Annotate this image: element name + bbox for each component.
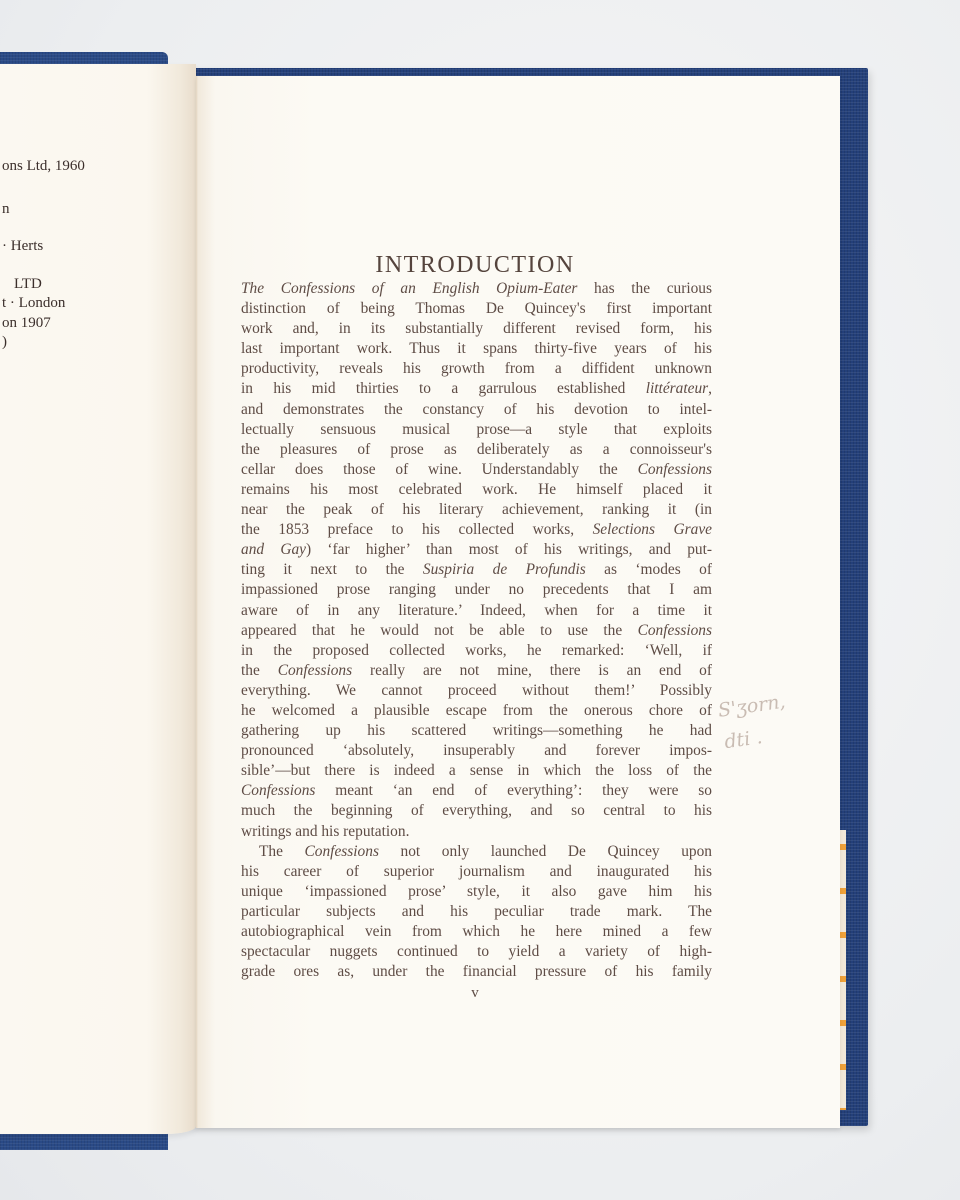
text-line: everything. We cannot proceed without th… [241, 681, 712, 701]
text-line: near the peak of his literary achievemen… [241, 500, 712, 520]
italic-title: Suspiria de Profundis [423, 561, 586, 578]
text-run: and demonstrates the constancy of his de… [241, 401, 712, 418]
text-line: his career of superior journalism and in… [241, 862, 712, 882]
italic-title: Confessions [305, 843, 379, 860]
text-line: and demonstrates the constancy of his de… [241, 400, 712, 420]
text-run: really are not mine, there is an end of [352, 662, 712, 679]
text-line: unique ‘impassioned prose’ style, it als… [241, 882, 712, 902]
text-run: gathering up his scattered writings—some… [241, 722, 712, 739]
text-run: near the peak of his literary achievemen… [241, 501, 712, 518]
chapter-heading: INTRODUCTION [240, 252, 710, 279]
text-line: remains his most celebrated work. He him… [241, 480, 712, 500]
text-run: in his mid thirties to a garrulous estab… [241, 380, 646, 397]
text-run: has the curious [577, 280, 712, 297]
text-line: appeared that he would not be able to us… [241, 621, 712, 641]
imprint-line: ) [2, 334, 7, 351]
imprint-line: n [2, 201, 10, 218]
text-run: not only launched De Quincey upon [379, 843, 712, 860]
italic-title: Selections Grave [593, 521, 712, 538]
text-line: productivity, reveals his growth from a … [241, 359, 712, 379]
text-run: pronounced ‘absolutely, insuperably and … [241, 742, 712, 759]
text-run: as ‘modes of [586, 561, 712, 578]
text-run: , [708, 380, 712, 397]
text-run: particular subjects and his peculiar tra… [241, 903, 712, 920]
imprint-line: ons Ltd, 1960 [2, 158, 85, 175]
text-line: grade ores as, under the financial press… [241, 962, 712, 982]
text-line: autobiographical vein from which he here… [241, 922, 712, 942]
text-run: the 1853 preface to his collected works, [241, 521, 593, 538]
text-line: ting it next to the Suspiria de Profundi… [241, 560, 712, 580]
text-run: aware of in any literature.’ Indeed, whe… [241, 602, 712, 619]
text-run: cellar does those of wine. Understandabl… [241, 461, 638, 478]
pencil-annotation: S'ʒorn, dti . [716, 686, 792, 759]
text-run: productivity, reveals his growth from a … [241, 360, 712, 377]
italic-title: Confessions [638, 461, 712, 478]
text-run: remains his most celebrated work. He him… [241, 481, 712, 498]
text-run: autobiographical vein from which he here… [241, 923, 712, 940]
text-run: ) ‘far higher’ than most of his writings… [306, 541, 712, 558]
text-line: particular subjects and his peculiar tra… [241, 902, 712, 922]
text-run: everything. We cannot proceed without th… [241, 682, 712, 699]
text-line: pronounced ‘absolutely, insuperably and … [241, 741, 712, 761]
text-run: impassioned prose ranging under no prece… [241, 581, 712, 598]
text-run: work and, in its substantially different… [241, 320, 712, 337]
text-run: the [241, 662, 278, 679]
imprint-line: LTD [14, 276, 42, 293]
text-line: sible’—but there is indeed a sense in wh… [241, 761, 712, 781]
text-run: his career of superior journalism and in… [241, 863, 712, 880]
italic-title: Confessions [278, 662, 352, 679]
page-number: v [460, 985, 490, 1002]
italic-title: Confessions [241, 782, 315, 799]
text-line: he welcomed a plausible escape from the … [241, 701, 712, 721]
text-line: lectually sensuous musical prose—a style… [241, 420, 712, 440]
text-line: The Confessions of an English Opium-Eate… [241, 279, 712, 299]
introduction-body: The Confessions of an English Opium-Eate… [241, 279, 712, 982]
text-run: he welcomed a plausible escape from the … [241, 702, 712, 719]
text-line: gathering up his scattered writings—some… [241, 721, 712, 741]
imprint-line: on 1907 [2, 315, 51, 332]
text-line: work and, in its substantially different… [241, 319, 712, 339]
italic-title: Confessions [638, 622, 712, 639]
annotation-line: S'ʒorn, [717, 691, 787, 722]
text-run: unique ‘impassioned prose’ style, it als… [241, 883, 712, 900]
text-line: distinction of being Thomas De Quincey's… [241, 299, 712, 319]
text-run: sible’—but there is indeed a sense in wh… [241, 762, 712, 779]
italic-title: The Confessions of an English Opium-Eate… [241, 280, 577, 297]
italic-title: and Gay [241, 541, 306, 558]
text-line: writings and his reputation. [241, 822, 712, 842]
italic-title: littérateur [646, 380, 708, 397]
text-line: in the proposed collected works, he rema… [241, 641, 712, 661]
text-run: in the proposed collected works, he rema… [241, 642, 712, 659]
text-run: the pleasures of prose as deliberately a… [241, 441, 712, 458]
text-run: meant ‘an end of everything’: they were … [315, 782, 712, 799]
text-line: aware of in any literature.’ Indeed, whe… [241, 601, 712, 621]
text-line: last important work. Thus it spans thirt… [241, 339, 712, 359]
text-run: ting it next to the [241, 561, 423, 578]
imprint-line: · Herts [2, 238, 43, 255]
imprint-line: t · London [2, 295, 65, 312]
left-page [0, 64, 196, 1134]
text-line: much the beginning of everything, and so… [241, 801, 712, 821]
text-line: in his mid thirties to a garrulous estab… [241, 379, 712, 399]
text-run: writings and his reputation. [241, 823, 409, 840]
text-line: the pleasures of prose as deliberately a… [241, 440, 712, 460]
text-run: last important work. Thus it spans thirt… [241, 340, 712, 357]
text-line: Confessions meant ‘an end of everything’… [241, 781, 712, 801]
text-run: distinction of being Thomas De Quincey's… [241, 300, 712, 317]
text-run: lectually sensuous musical prose—a style… [241, 421, 712, 438]
text-run: spectacular nuggets continued to yield a… [241, 943, 712, 960]
book-gutter [196, 76, 198, 1128]
text-line: the Confessions really are not mine, the… [241, 661, 712, 681]
text-run: grade ores as, under the financial press… [241, 963, 712, 980]
text-line: the 1853 preface to his collected works,… [241, 520, 712, 540]
text-line: cellar does those of wine. Understandabl… [241, 460, 712, 480]
text-line: impassioned prose ranging under no prece… [241, 580, 712, 600]
text-line: The Confessions not only launched De Qui… [241, 842, 712, 862]
text-run: The [259, 843, 305, 860]
text-line: spectacular nuggets continued to yield a… [241, 942, 712, 962]
text-run: appeared that he would not be able to us… [241, 622, 638, 639]
text-line: and Gay) ‘far higher’ than most of his w… [241, 540, 712, 560]
text-run: much the beginning of everything, and so… [241, 802, 712, 819]
